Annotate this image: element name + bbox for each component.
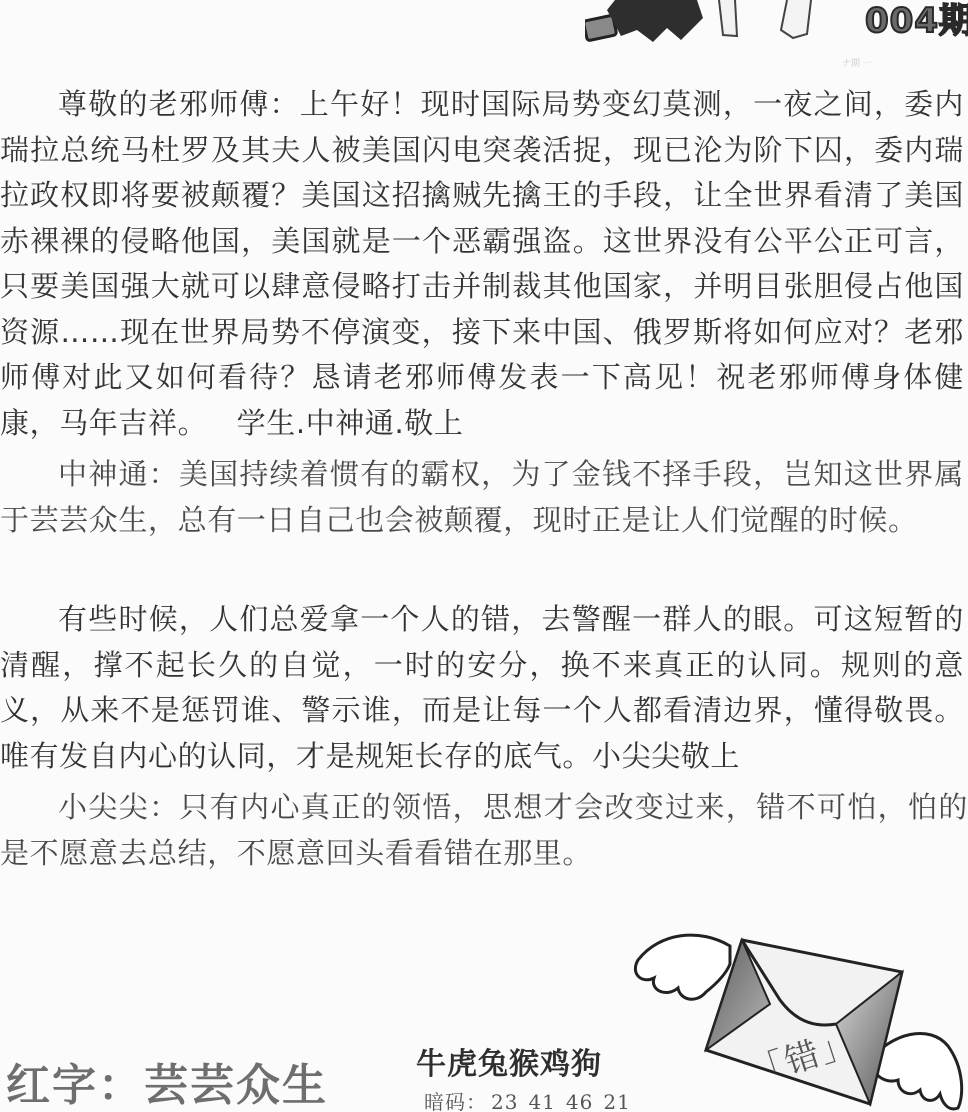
red-word-value: 芸芸众生 bbox=[144, 1060, 328, 1111]
reply-2-speaker: 小尖尖 bbox=[58, 790, 149, 824]
letter-2-body: 有些时候，人们总爱拿一个人的错，去警醒一群人的眼。可这短暂的清醒，撑不起长久的自… bbox=[0, 602, 964, 773]
article: 尊敬的老邪师傅：上午好！现时国际局势变幻莫测，一夜之间，委内瑞拉总统马杜罗及其夫… bbox=[0, 82, 968, 876]
letter-2: 有些时候，人们总爱拿一个人的错，去警醒一群人的眼。可这短暂的清醒，撑不起长久的自… bbox=[0, 597, 968, 779]
code-label: 暗码： bbox=[424, 1090, 487, 1112]
red-word-label: 红字： bbox=[6, 1060, 144, 1111]
header-art: 004期 bbox=[585, 0, 968, 50]
code-value: 21 bbox=[603, 1090, 630, 1112]
secret-code: 暗码：23414621 bbox=[424, 1092, 641, 1112]
code-value: 46 bbox=[566, 1090, 593, 1112]
code-value: 41 bbox=[528, 1090, 555, 1112]
zodiac-list: 牛虎兔猴鸡狗 bbox=[416, 1050, 602, 1080]
reply-2: 小尖尖：只有内心真正的领悟，思想才会改变过来，错不可怕，怕的是不愿意去总结，不愿… bbox=[0, 785, 968, 876]
footer: 红字：芸芸众生 牛虎兔猴鸡狗 暗码：23414621 bbox=[0, 1040, 968, 1112]
section-gap bbox=[0, 543, 968, 597]
reply-1: 中神通：美国持续着惯有的霸权，为了金钱不择手段，岂知这世界属于芸芸众生，总有一日… bbox=[0, 452, 968, 543]
reply-1-speaker: 中神通 bbox=[58, 457, 149, 491]
issue-number: 004期 bbox=[865, 4, 968, 38]
red-word: 红字：芸芸众生 bbox=[6, 1064, 328, 1108]
code-value: 23 bbox=[491, 1090, 518, 1112]
letter-1-signature: 学生.中神通.敬上 bbox=[237, 406, 464, 440]
letter-1-body: 尊敬的老邪师傅：上午好！现时国际局势变幻莫测，一夜之间，委内瑞拉总统马杜罗及其夫… bbox=[0, 87, 964, 440]
faint-watermark: ナ期 一 bbox=[842, 56, 872, 69]
letter-2-signature: 小尖尖敬上 bbox=[592, 739, 740, 773]
letter-1: 尊敬的老邪师傅：上午好！现时国际局势变幻莫测，一夜之间，委内瑞拉总统马杜罗及其夫… bbox=[0, 82, 968, 446]
